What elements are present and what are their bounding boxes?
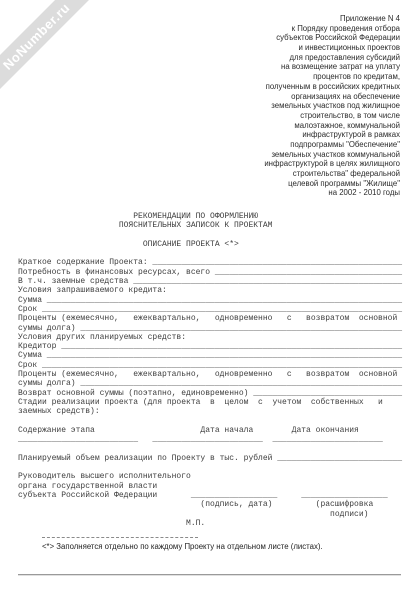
document-body: РЕКОМЕНДАЦИИ ПО ОФОРМЛЕНИЮ ПОЯСНИТЕЛЬНЫХ…	[18, 212, 402, 528]
document-line: Потребность в финансовых ресурсах, всего…	[18, 268, 402, 277]
document-line: подписи)	[18, 510, 402, 519]
document-line: Кредитор _______________________________…	[18, 342, 402, 351]
document-line: Краткое содержание Проекта: ____________…	[18, 258, 402, 267]
appendix-header-line: целевой программы "Жилище"	[264, 179, 400, 189]
appendix-header-line: субъектов Российской Федерации	[264, 33, 400, 43]
document-line: (подпись, дата) (расшифровка	[18, 500, 402, 509]
document-line: ОПИСАНИЕ ПРОЕКТА <*>	[18, 240, 402, 249]
document-line: суммы долга) ___________________________…	[18, 379, 402, 388]
document-line: Стадии реализации проекта (для проекта в…	[18, 398, 402, 407]
document-line: Сумма __________________________________…	[18, 351, 402, 360]
appendix-header-line: строительство, в том числе	[264, 111, 400, 121]
appendix-header-line: полученным в российских кредитных	[264, 82, 400, 92]
document-line	[18, 444, 402, 453]
document-line: Срок ___________________________________…	[18, 361, 402, 370]
appendix-header-line: земельных участков под жилищное	[264, 101, 400, 111]
appendix-header-line: процентов по кредитам,	[264, 72, 400, 82]
document-line: Планируемый объем реализации по Проекту …	[18, 454, 402, 463]
footnote-block: <*> Заполняется отдельно по каждому Прое…	[42, 537, 323, 551]
document-line: В т.ч. заемные средства ________________…	[18, 277, 402, 286]
document-line: ПОЯСНИТЕЛЬНЫХ ЗАПИСОК К ПРОЕКТАМ	[18, 221, 402, 230]
footnote-separator	[42, 537, 198, 538]
document-line: Сумма __________________________________…	[18, 296, 402, 305]
document-line	[18, 417, 402, 426]
appendix-header: Приложение N 4к Порядку проведения отбор…	[264, 14, 400, 198]
watermark-text: NoNumber.ru	[0, 0, 72, 72]
appendix-header-line: на 2002 - 2010 годы	[264, 188, 400, 198]
document-line: Возврат основной суммы (поэтапно, единов…	[18, 389, 402, 398]
document-line	[18, 249, 402, 258]
page-divider	[18, 574, 401, 576]
appendix-header-line: Приложение N 4	[264, 14, 400, 24]
document-line: Срок ___________________________________…	[18, 305, 402, 314]
appendix-header-line: инфраструктурой в рамках	[264, 130, 400, 140]
document-line: Руководитель высшего исполнительного	[18, 472, 402, 481]
document-line: Условия запрашиваемого кредита:	[18, 286, 402, 295]
appendix-header-line: малоэтажное, коммунальной	[264, 121, 400, 131]
document-line: субъекта Российской Федерации __________…	[18, 491, 402, 500]
document-line: Условия других планируемых средств:	[18, 333, 402, 342]
document-line: Проценты (ежемесячно, ежеквартально, одн…	[18, 314, 402, 323]
document-line: _________________________ ______________…	[18, 435, 402, 444]
document-line: М.П.	[18, 519, 402, 528]
appendix-header-line: земельных участков коммунальной	[264, 150, 400, 160]
appendix-header-line: для предоставления субсидий	[264, 53, 400, 63]
appendix-header-line: на возмещение затрат на уплату	[264, 62, 400, 72]
document-line	[18, 463, 402, 472]
appendix-header-line: строительства" федеральной	[264, 169, 400, 179]
appendix-header-line: подпрограммы "Обеспечение"	[264, 140, 400, 150]
document-line	[18, 231, 402, 240]
document-line: суммы долга) ___________________________…	[18, 324, 402, 333]
document-line: органа государственной власти	[18, 482, 402, 491]
document-line: Проценты (ежемесячно, ежеквартально, одн…	[18, 370, 402, 379]
appendix-header-line: инфраструктурой в целях жилищного	[264, 159, 400, 169]
document-line: заемных средств):	[18, 407, 402, 416]
document-line: Содержание этапа Дата начала Дата оконча…	[18, 426, 402, 435]
footnote-text: <*> Заполняется отдельно по каждому Прое…	[42, 542, 323, 551]
watermark-ribbon: NoNumber.ru	[0, 0, 98, 98]
document-line: РЕКОМЕНДАЦИИ ПО ОФОРМЛЕНИЮ	[18, 212, 402, 221]
appendix-header-line: и инвестиционных проектов	[264, 43, 400, 53]
document-page: NoNumber.ru Приложение N 4к Порядку пров…	[0, 0, 420, 600]
appendix-header-line: организациях на обеспечение	[264, 92, 400, 102]
appendix-header-line: к Порядку проведения отбора	[264, 24, 400, 34]
